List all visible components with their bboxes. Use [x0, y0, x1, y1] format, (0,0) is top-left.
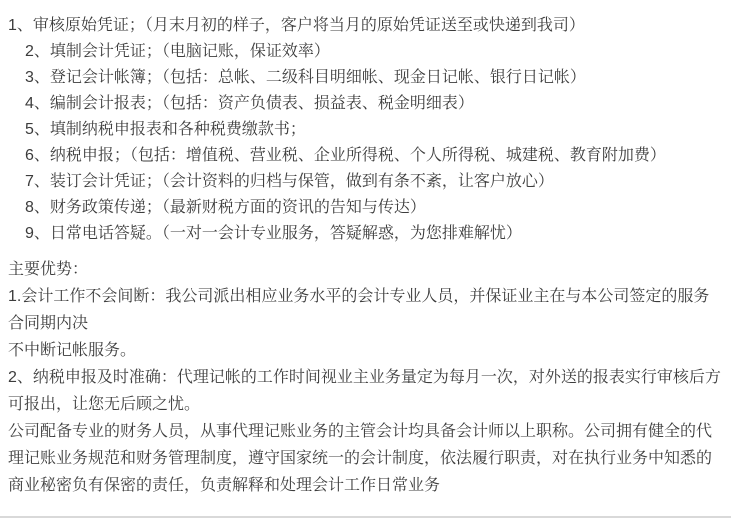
advantages-heading: 主要优势： — [8, 256, 731, 283]
service-item-6: 6、纳税申报；（包括：增值税、营业税、企业所得税、个人所得税、城建税、教育附加费… — [8, 143, 731, 169]
service-item-8: 8、财务政策传递；（最新财税方面的资讯的告知与传达） — [8, 195, 731, 221]
advantage-line-3: 不中断记帐服务。 — [8, 337, 731, 364]
advantage-line-1: 1.会计工作不会间断：我公司派出相应业务水平的会计专业人员，并保证业主在与本公司… — [8, 283, 731, 310]
advantage-line-4: 2、纳税申报及时准确：代理记帐的工作时间视业主业务量定为每月一次，对外送的报表实… — [8, 364, 731, 391]
document-page: { "page": { "background": "#ffffff", "te… — [0, 0, 731, 521]
service-item-3: 3、登记会计帐簿；（包括：总帐、二级科目明细帐、现金日记帐、银行日记帐） — [8, 65, 731, 91]
advantage-line-5: 可报出，让您无后顾之忧。 — [8, 391, 731, 418]
service-item-7: 7、装订会计凭证；（会计资料的归档与保管，做到有条不紊，让客户放心） — [8, 169, 731, 195]
advantage-line-2: 合同期内决 — [8, 310, 731, 337]
advantages-section: 主要优势： 1.会计工作不会间断：我公司派出相应业务水平的会计专业人员，并保证业… — [8, 256, 731, 499]
service-item-9: 9、日常电话答疑。（一对一会计专业服务，答疑解惑，为您排难解忧） — [8, 221, 731, 247]
service-item-4: 4、编制会计报表；（包括：资产负债表、损益表、税金明细表） — [8, 91, 731, 117]
service-list: 1、审核原始凭证；（月末月初的样子，客户将当月的原始凭证送至或快递到我司） 2、… — [8, 13, 731, 247]
service-item-1: 1、审核原始凭证；（月末月初的样子，客户将当月的原始凭证送至或快递到我司） — [8, 13, 731, 39]
advantage-line-8: 商业秘密负有保密的责任，负责解释和处理会计工作日常业务 — [8, 472, 731, 499]
service-item-5: 5、填制纳税申报表和各种税费缴款书； — [8, 117, 731, 143]
advantage-line-7: 理记账业务规范和财务管理制度，遵守国家统一的会计制度，依法履行职责，对在执行业务… — [8, 445, 731, 472]
document-body: 1、审核原始凭证；（月末月初的样子，客户将当月的原始凭证送至或快递到我司） 2、… — [0, 0, 731, 499]
bottom-divider — [0, 516, 731, 518]
advantage-line-6: 公司配备专业的财务人员，从事代理记账业务的主管会计均具备会计师以上职称。公司拥有… — [8, 418, 731, 445]
service-item-2: 2、填制会计凭证；（电脑记账，保证效率） — [8, 39, 731, 65]
